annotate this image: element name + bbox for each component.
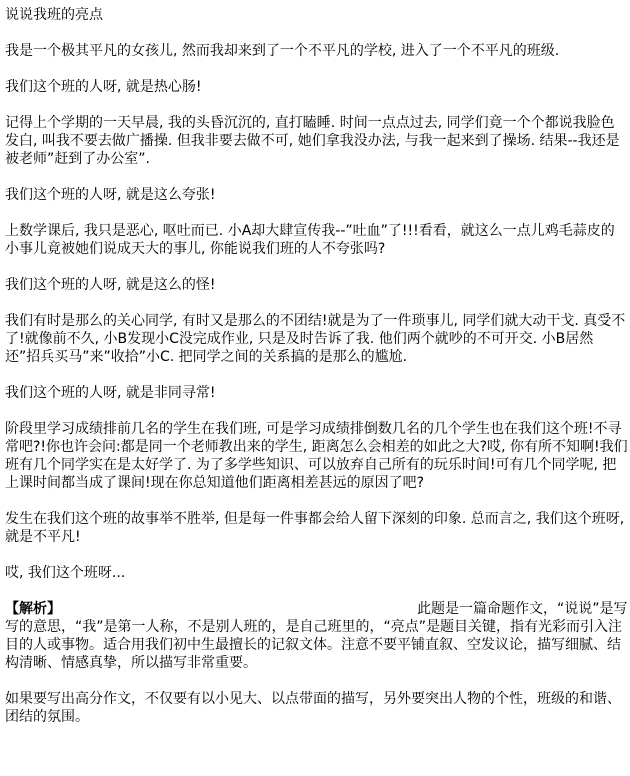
essay-paragraph: 发生在我们这个班的故事举不胜举, 但是每一件事都会给人留下深刻的印象. 总而言之…: [5, 510, 628, 546]
analysis-conclusion: 如果要写出高分作文，不仅要有以小见大、以点带面的描写，另外要突出人物的个性，班级…: [5, 690, 628, 726]
essay-paragraph: 上数学课后, 我只是恶心, 呕吐而已. 小A却大肆宣传我--”吐血”了!!!看看…: [5, 222, 628, 258]
analysis-paragraph: 【解析】此题是一篇命题作文，“说说”是写写的意思，“我”是第一人称，不是别人班的…: [5, 600, 628, 672]
essay-refrain: 我们这个班的人呀, 就是非同寻常!: [5, 384, 628, 402]
essay-refrain: 我们这个班的人呀, 就是这么的怪!: [5, 276, 628, 294]
essay-paragraph: 阶段里学习成绩排前几名的学生在我们班, 可是学习成绩排倒数几名的几个学生也在我们…: [5, 420, 628, 492]
analysis-gap-spacer: [61, 612, 417, 613]
essay-refrain: 我们这个班的人呀, 就是热心肠!: [5, 78, 628, 96]
essay-refrain: 我们这个班的人呀, 就是这么夸张!: [5, 186, 628, 204]
essay-document: 说说我班的亮点 我是一个极其平凡的女孩儿, 然而我却来到了一个不平凡的学校, 进…: [0, 0, 630, 726]
essay-paragraph: 我们有时是那么的关心同学, 有时又是那么的不团结!就是为了一件琐事儿, 同学们就…: [5, 312, 628, 366]
essay-paragraph: 我是一个极其平凡的女孩儿, 然而我却来到了一个不平凡的学校, 进入了一个不平凡的…: [5, 42, 628, 60]
essay-title: 说说我班的亮点: [5, 6, 628, 24]
essay-closing-line: 哎, 我们这个班呀...: [5, 564, 628, 582]
analysis-label: 【解析】: [5, 601, 61, 617]
essay-paragraph: 记得上个学期的一天早晨, 我的头昏沉沉的, 直打瞌睡. 时间一点点过去, 同学们…: [5, 114, 628, 168]
